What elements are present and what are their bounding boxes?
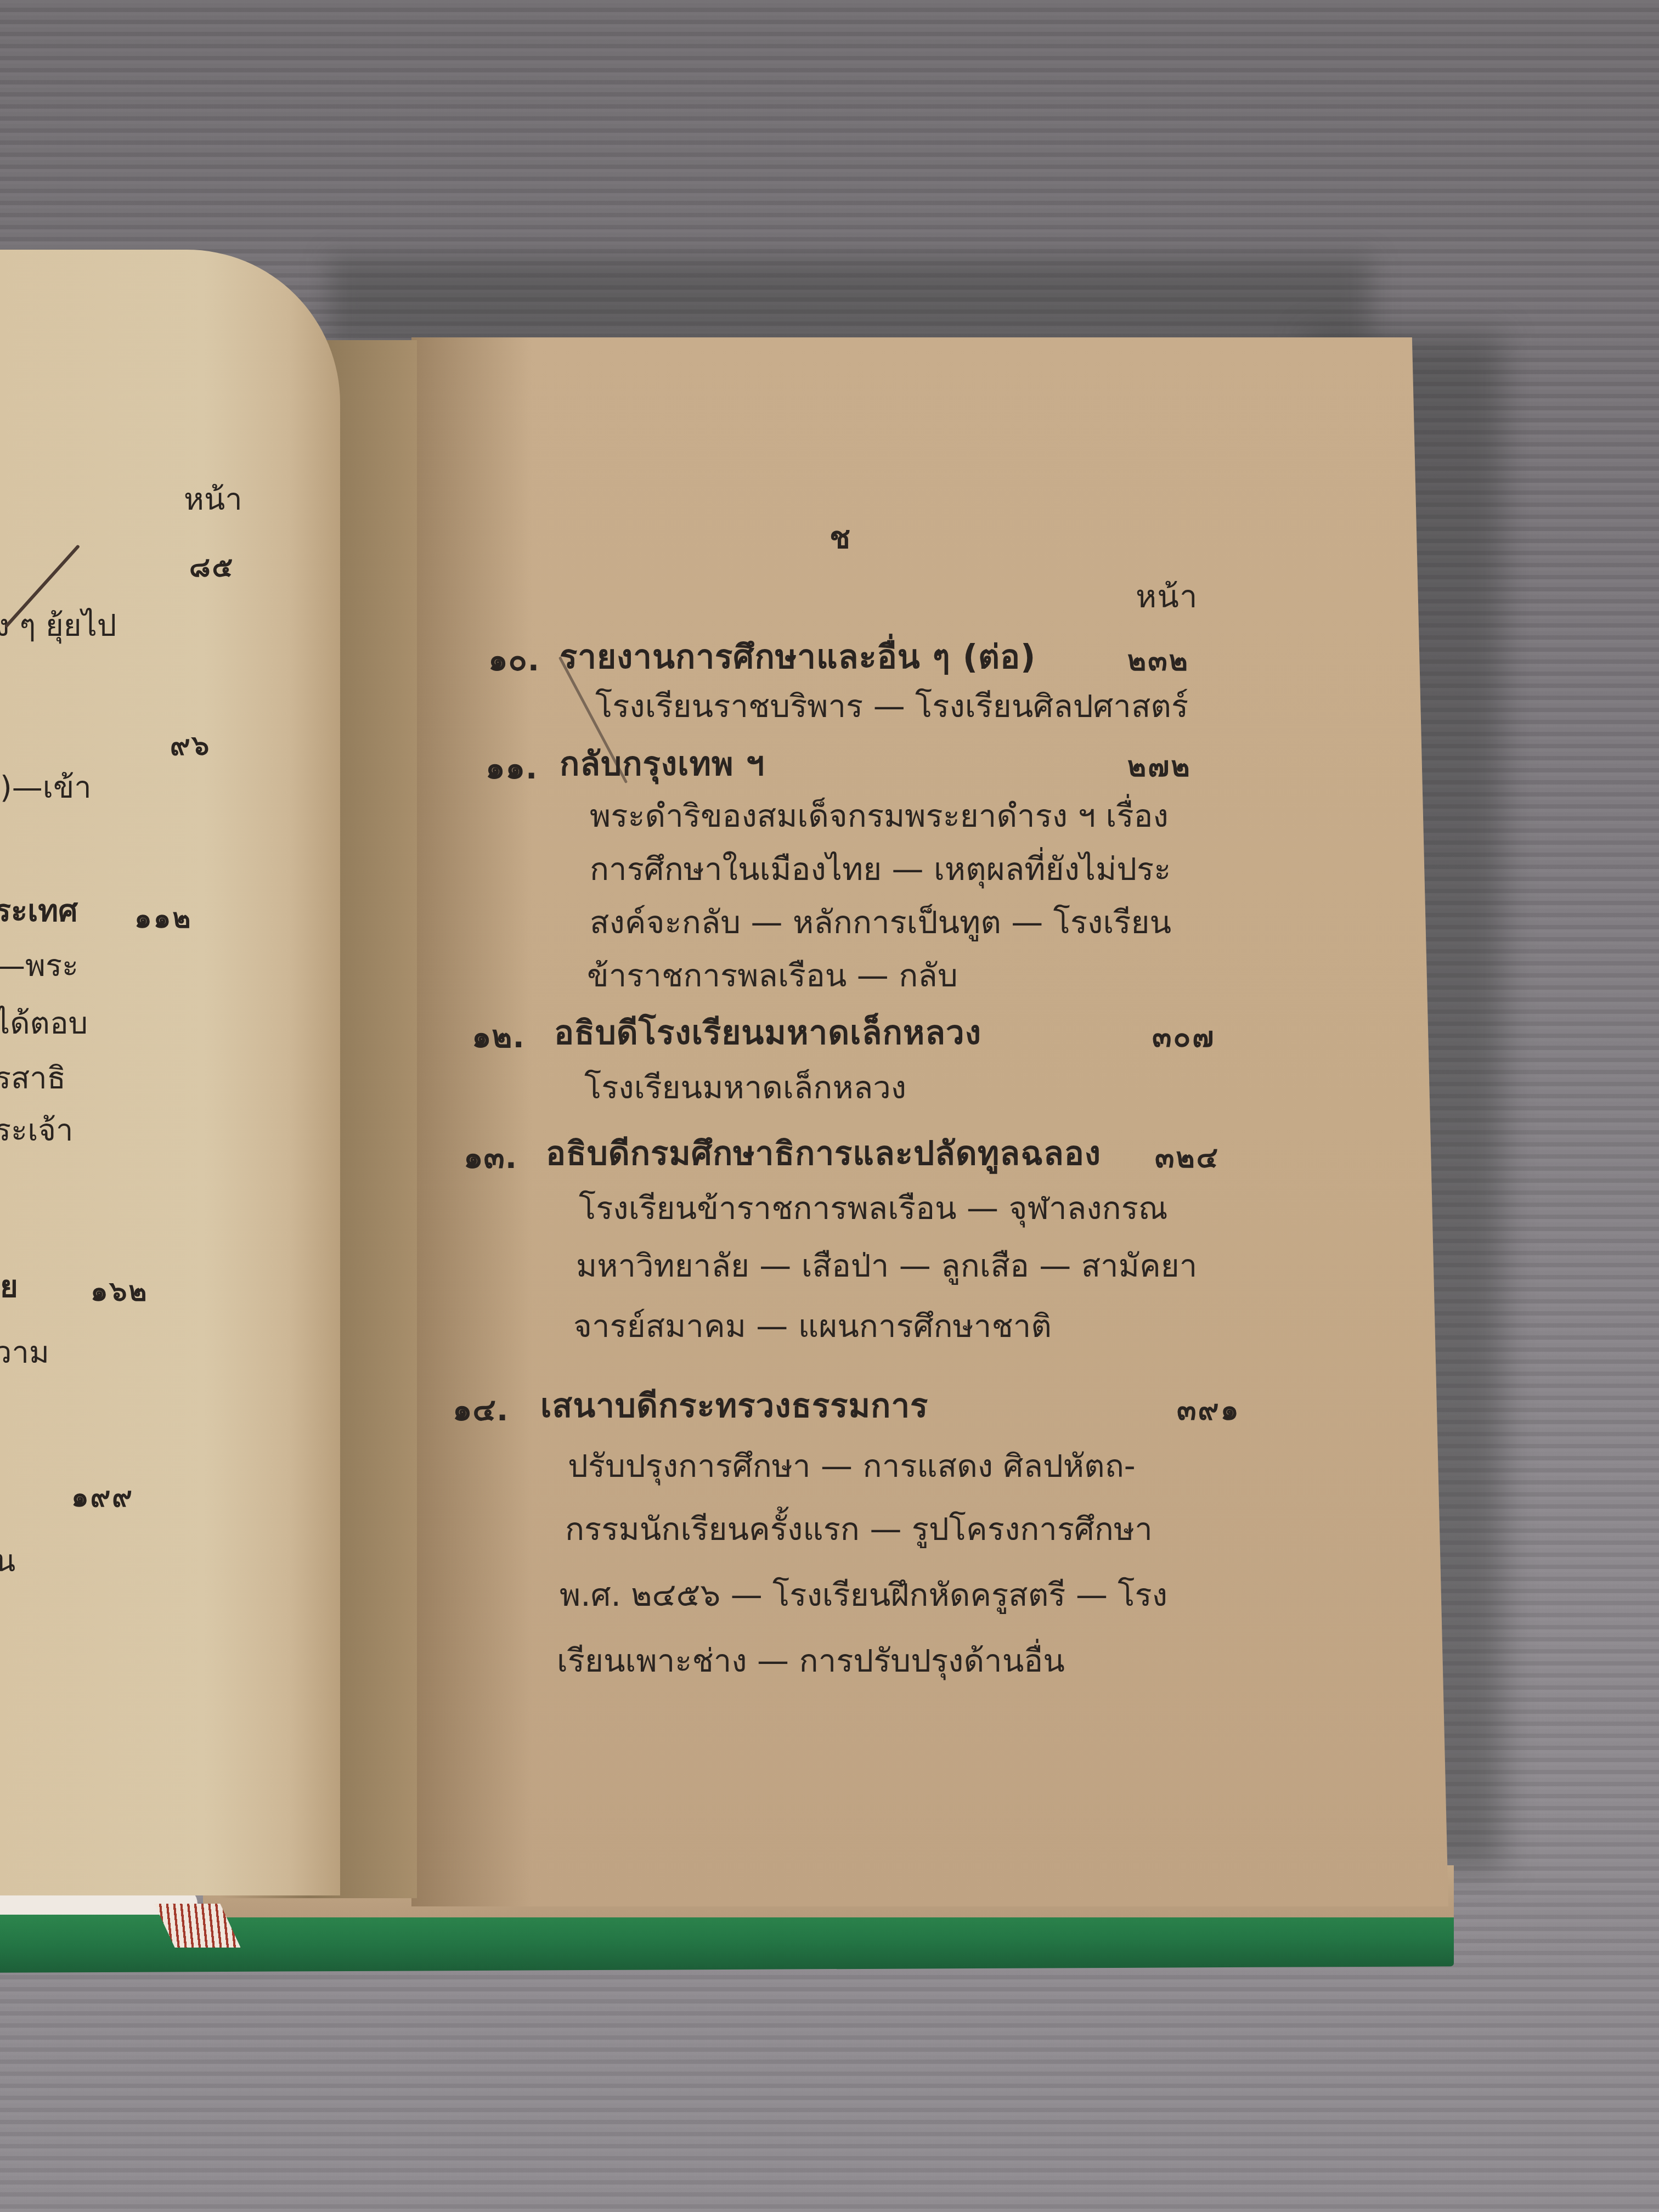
left-partial-line: ์—พระ (0, 941, 78, 990)
left-page-number: ๘๕ (189, 546, 234, 589)
left-page-header: หน้า (184, 475, 242, 523)
left-partial-line: )—เข้า (0, 763, 92, 811)
entry-page-number: ๓๐๗ (1152, 1014, 1215, 1059)
entry-number: ๑๒. (472, 1012, 525, 1061)
right-page-gutter-shadow (411, 337, 532, 1906)
left-partial-line: ระเทศ (0, 886, 78, 935)
page-letter: ช (830, 513, 851, 562)
entry-subtopic: สงค์จะกลับ — หลักการเป็นทูต — โรงเรียน (590, 896, 1171, 947)
entry-title: อธิบดีโรงเรียนมหาดเล็กหลวง (554, 1007, 981, 1059)
entry-page-number: ๒๗๒ (1127, 743, 1192, 789)
entry-page-number: ๓๙๑ (1177, 1387, 1240, 1432)
entry-number: ๑๐. (488, 635, 540, 684)
entry-subtopic: ปรับปรุงการศึกษา — การแสดง ศิลปหัตถ- (568, 1440, 1136, 1491)
entry-subtopic: จารย์สมาคม — แผนการศึกษาชาติ (573, 1300, 1052, 1351)
entry-page-number: ๓๒๔ (1155, 1135, 1220, 1180)
left-page-number: ๑๖๒ (91, 1270, 148, 1313)
left-page: หน้า ๘๕ ง ๆ ยุ้ยไป ๙๖ )—เข้า ระเทศ ๑๑๒ ์… (0, 250, 340, 1895)
entry-title: เสนาบดีกระทรวงธรรมการ (540, 1380, 928, 1432)
left-partial-line: ได้ตอบ (0, 998, 88, 1047)
column-header-page: หน้า (1136, 571, 1198, 622)
entry-subtopic: พ.ศ. ๒๔๕๖ — โรงเรียนฝึกหัดครูสตรี — โรง (560, 1569, 1167, 1620)
entry-title: รายงานการศึกษาและอื่น ๆ (ต่อ) (560, 631, 1036, 683)
left-partial-line: รสาธิ (0, 1053, 66, 1102)
entry-number: ๑๔. (453, 1385, 509, 1434)
entry-subtopic: มหาวิทยาลัย — เสือป่า — ลูกเสือ — สามัคย… (576, 1240, 1197, 1291)
left-partial-line: ระเจ้า (0, 1105, 74, 1154)
left-partial-line: วาม (0, 1328, 49, 1376)
left-partial-line: ง ๆ ยุ้ยไป (0, 601, 116, 650)
entry-subtopic: ข้าราชการพลเรือน — กลับ (587, 950, 958, 1001)
left-page-number: ๙๖ (170, 724, 211, 768)
left-partial-line: ย (0, 1262, 18, 1311)
left-page-number: ๑๑๒ (134, 897, 192, 940)
entry-subtopic: โรงเรียนมหาดเล็กหลวง (584, 1062, 906, 1113)
entry-subtopic: พระดำริของสมเด็จกรมพระยาดำรง ฯ เรื่อง (590, 790, 1169, 841)
entry-number: ๑๑. (486, 743, 538, 792)
entry-title: กลับกรุงเทพ ฯ (560, 738, 765, 790)
entry-subtopic: โรงเรียนข้าราชการพลเรือน — จุฬาลงกรณ (579, 1182, 1168, 1233)
entry-subtopic: กรรมนักเรียนครั้งแรก — รูปโครงการศึกษา (565, 1503, 1153, 1554)
entry-title: อธิบดีกรมศึกษาธิการและปลัดทูลฉลอง (546, 1127, 1101, 1180)
left-partial-line: น (0, 1536, 15, 1585)
entry-page-number: ๒๓๒ (1127, 637, 1189, 683)
left-page-number: ๑๙๙ (71, 1476, 134, 1519)
entry-subtopic: โรงเรียนราชบริพาร — โรงเรียนศิลปศาสตร์ (595, 680, 1188, 731)
entry-subtopic: เรียนเพาะช่าง — การปรับปรุงด้านอื่น (557, 1635, 1065, 1686)
entry-subtopic: การศึกษาในเมืองไทย — เหตุผลที่ยังไม่ประ (590, 843, 1171, 894)
entry-number: ๑๓. (464, 1133, 517, 1182)
book-shadow-top (329, 258, 1372, 346)
